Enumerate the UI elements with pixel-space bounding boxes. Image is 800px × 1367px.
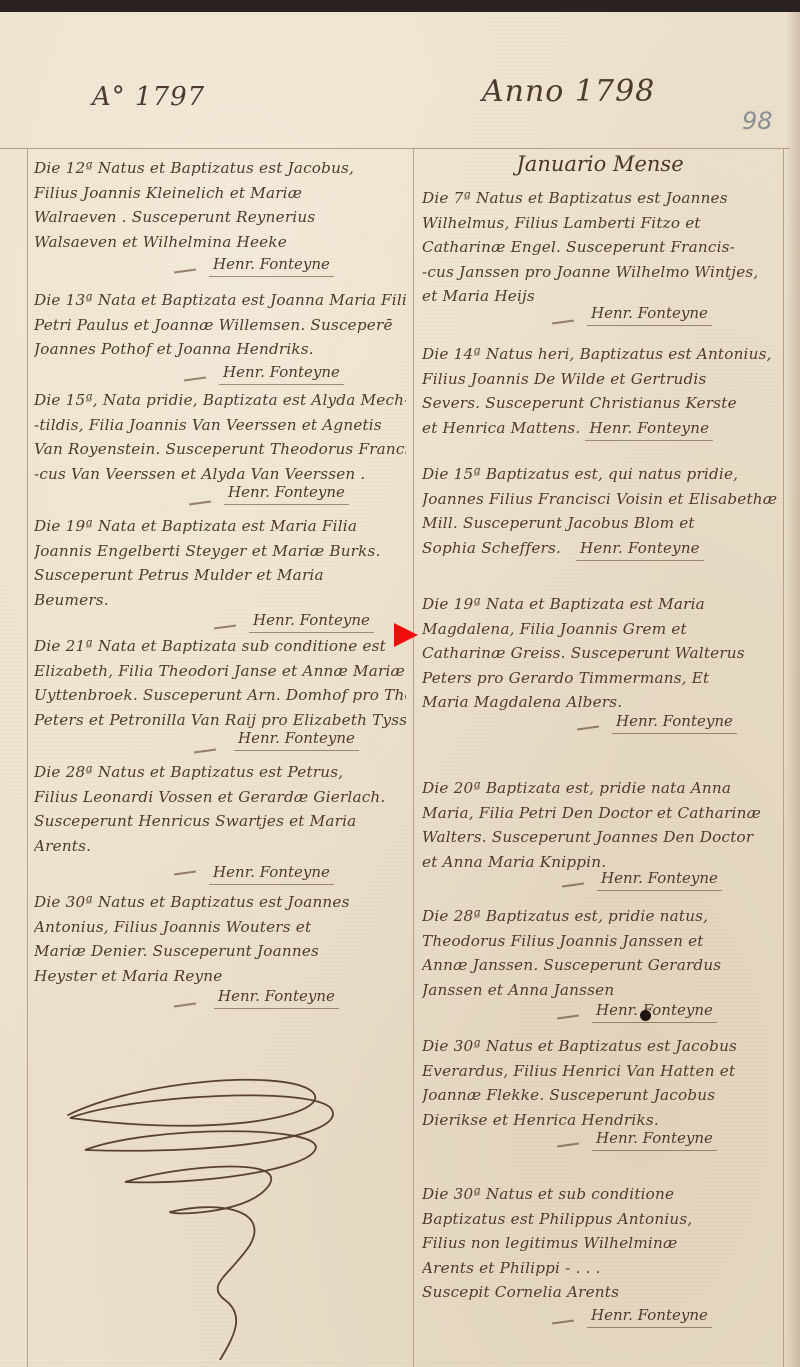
scan-top-edge [0, 0, 800, 12]
baptism-entry: Die 30ª Natus et Baptizatus est Joannes … [34, 890, 406, 1016]
baptism-entry: Die 19ª Nata et Baptizata est Maria Fili… [34, 514, 406, 640]
entry-line: Die 19ª Nata et Baptizata est Maria [422, 592, 778, 617]
priest-signature: Henr. Fonteyne [219, 360, 344, 385]
entry-line: Theodorus Filius Joannis Janssen et [422, 929, 778, 954]
entry-line: Arents et Philippi - . . . [422, 1256, 778, 1281]
left-year-heading: A° 1797 [92, 82, 205, 112]
priest-signature: Henr. Fonteyne [587, 301, 712, 326]
entry-line: Petri Paulus et Joannæ Willemsen. Suscep… [34, 313, 406, 338]
entry-line: Mariæ Denier. Susceperunt Joannes [34, 939, 406, 964]
entry-line: Die 14ª Natus heri, Baptizatus est Anton… [422, 342, 778, 367]
priest-signature: Henr. Fonteyne [576, 536, 704, 561]
priest-signature: Henr. Fonteyne [612, 709, 737, 734]
entry-line: Die 15ª Baptizatus est, qui natus pridie… [422, 462, 778, 487]
right-year-heading: Anno 1798 [482, 74, 655, 109]
entry-line: Die 30ª Natus et Baptizatus est Jacobus [422, 1034, 778, 1059]
entry-line: Walters. Susceperunt Joannes Den Doctor [422, 825, 778, 850]
entry-line: Susceperunt Henricus Swartjes et Maria [34, 809, 406, 834]
entry-line: Die 28ª Natus et Baptizatus est Petrus, [34, 760, 406, 785]
priest-signature: Henr. Fonteyne [209, 252, 334, 277]
entry-line: Die 15ª, Nata pridie, Baptizata est Alyd… [34, 388, 406, 413]
entry-line: Die 7ª Natus et Baptizatus est Joannes [422, 186, 778, 211]
baptism-entry: Die 15ª Baptizatus est, qui natus pridie… [422, 462, 778, 561]
ink-blot [640, 1010, 651, 1021]
entry-line: Walraeven . Susceperunt Reynerius [34, 205, 406, 230]
priest-signature: Henr. Fonteyne [585, 416, 713, 441]
baptism-entry: Die 28ª Natus et Baptizatus est Petrus, … [34, 760, 406, 886]
entry-line: Uyttenbroek. Susceperunt Arn. Domhof pro… [34, 683, 406, 708]
entry-line: Severs. Susceperunt Christianus Kerste [422, 391, 778, 416]
entry-line: Sophia Scheffers. Henr. Fonteyne [422, 536, 778, 561]
baptism-entry: Die 14ª Natus heri, Baptizatus est Anton… [422, 342, 778, 441]
entry-line: et Henrica Mattens. Henr. Fonteyne [422, 416, 778, 441]
entry-line: -cus Van Veerssen et Alyda Van Veerssen … [34, 462, 406, 487]
month-heading: Januario Mense [422, 152, 788, 176]
entry-line: Mill. Susceperunt Jacobus Blom et [422, 511, 778, 536]
baptism-entry: Die 20ª Baptizata est, pridie nata Anna … [422, 776, 778, 902]
entry-line: Catharinæ Greiss. Susceperunt Walterus [422, 641, 778, 666]
entry-line: Die 21ª Nata et Baptizata sub conditione… [34, 634, 406, 659]
priest-signature: Henr. Fonteyne [224, 480, 349, 505]
entry-line: Die 30ª Natus et sub conditione [422, 1182, 778, 1207]
header-rule [0, 148, 790, 149]
entry-line: Walsaeven et Wilhelmina Heeke [34, 230, 406, 255]
entry-line: Baptizatus est Philippus Antonius, [422, 1207, 778, 1232]
baptism-entry: Die 7ª Natus et Baptizatus est Joannes W… [422, 186, 778, 337]
entry-line: Filius Joannis De Wilde et Gertrudis [422, 367, 778, 392]
entry-line: Die 12ª Natus et Baptizatus est Jacobus, [34, 156, 406, 181]
column-divider [413, 148, 414, 1367]
entry-line: Die 13ª Nata et Baptizata est Joanna Mar… [34, 288, 406, 313]
baptism-entry: Die 19ª Nata et Baptizata est Maria Magd… [422, 592, 778, 743]
entry-line-text: Sophia Scheffers. [422, 539, 561, 557]
priest-signature: Henr. Fonteyne [249, 608, 374, 633]
priest-signature: Henr. Fonteyne [592, 998, 717, 1023]
entry-line: Annæ Janssen. Susceperunt Gerardus [422, 953, 778, 978]
entry-line: Antonius, Filius Joannis Wouters et [34, 915, 406, 940]
priest-signature: Henr. Fonteyne [587, 1303, 712, 1328]
entry-line: Die 19ª Nata et Baptizata est Maria Fili… [34, 514, 406, 539]
entry-line: Wilhelmus, Filius Lamberti Fitzo et [422, 211, 778, 236]
baptism-entry: Die 15ª, Nata pridie, Baptizata est Alyd… [34, 388, 406, 514]
right-margin-rule [783, 148, 784, 1367]
page-edge-shadow [786, 12, 800, 1367]
priest-signature: Henr. Fonteyne [209, 860, 334, 885]
entry-line: Maria, Filia Petri Den Doctor et Cathari… [422, 801, 778, 826]
entry-line: -tildis, Filia Joannis Van Veerssen et A… [34, 413, 406, 438]
baptism-entry: Die 21ª Nata et Baptizata sub conditione… [34, 634, 406, 760]
priest-signature: Henr. Fonteyne [592, 1126, 717, 1151]
entry-line: Peters pro Gerardo Timmermans, Et [422, 666, 778, 691]
entry-line: Susceperunt Petrus Mulder et Maria [34, 563, 406, 588]
entry-line: Die 28ª Baptizatus est, pridie natus, [422, 904, 778, 929]
entry-line: Elizabeth, Filia Theodori Janse et Annæ … [34, 659, 406, 684]
entry-line: Filius Leonardi Vossen et Gerardæ Gierla… [34, 785, 406, 810]
entry-line: Joannæ Flekke. Susceperunt Jacobus [422, 1083, 778, 1108]
entry-line: -cus Janssen pro Joanne Wilhelmo Wintjes… [422, 260, 778, 285]
entry-line: Die 20ª Baptizata est, pridie nata Anna [422, 776, 778, 801]
priest-signature: Henr. Fonteyne [234, 726, 359, 751]
entry-line: Van Royenstein. Susceperunt Theodorus Fr… [34, 437, 406, 462]
entry-line: Suscepit Cornelia Arents [422, 1280, 778, 1305]
entry-line: Joannes Pothof et Joanna Hendriks. [34, 337, 406, 362]
entry-line: Die 30ª Natus et Baptizatus est Joannes [34, 890, 406, 915]
baptism-entry: Die 12ª Natus et Baptizatus est Jacobus,… [34, 156, 406, 282]
entry-line: Filius Joannis Kleinelich et Mariæ [34, 181, 406, 206]
entry-line: Arents. [34, 834, 406, 859]
baptism-entry: Die 30ª Natus et sub conditione Baptizat… [422, 1182, 778, 1333]
entry-line: Joannes Filius Francisci Voisin et Elisa… [422, 487, 778, 512]
entry-line: Everardus, Filius Henrici Van Hatten et [422, 1059, 778, 1084]
priest-signature: Henr. Fonteyne [597, 866, 722, 891]
entry-line-text: et Henrica Mattens. [422, 419, 580, 437]
entry-line: Magdalena, Filia Joannis Grem et [422, 617, 778, 642]
baptism-entry: Die 13ª Nata et Baptizata est Joanna Mar… [34, 288, 406, 390]
baptism-entry: Die 28ª Baptizatus est, pridie natus, Th… [422, 904, 778, 1030]
entry-line: Filius non legitimus Wilhelminæ [422, 1231, 778, 1256]
folio-number: 98 [742, 107, 773, 135]
entry-line: Catharinæ Engel. Susceperunt Francis- [422, 235, 778, 260]
left-margin-rule [27, 148, 28, 1367]
red-pointer-marker [394, 623, 418, 647]
priest-signature: Henr. Fonteyne [214, 984, 339, 1009]
ink-flourish-scribble [60, 1070, 360, 1360]
baptism-entry: Die 30ª Natus et Baptizatus est Jacobus … [422, 1034, 778, 1160]
entry-line: Joannis Engelberti Steyger et Mariæ Burk… [34, 539, 406, 564]
